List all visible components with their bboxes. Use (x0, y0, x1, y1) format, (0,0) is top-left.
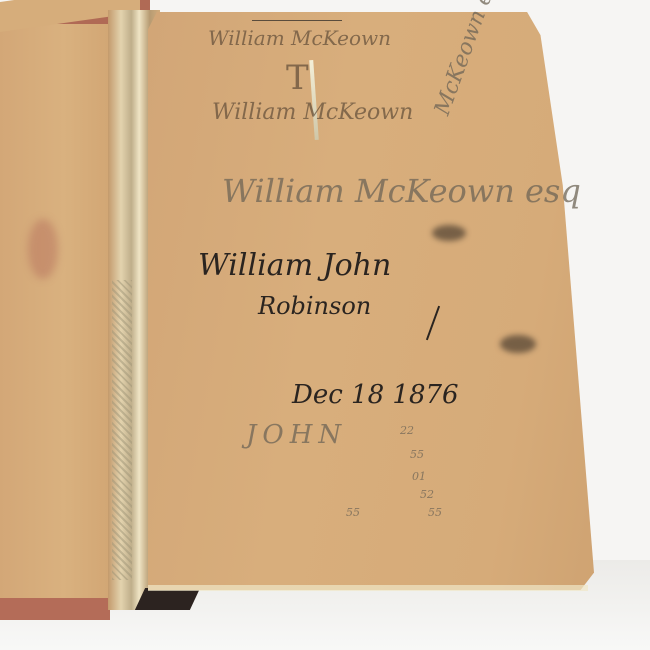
inscription-line-2: William McKeown (212, 100, 413, 125)
ink-smudge (432, 225, 466, 241)
pencil-small-note: 55 (346, 506, 360, 519)
ink-smudge-2 (500, 335, 536, 353)
inscription-line-3-pencil: William McKeown esq (222, 172, 581, 210)
page-edge (148, 585, 588, 591)
inscription-date: Dec 18 1876 (292, 380, 459, 410)
top-rule-line (252, 20, 342, 21)
photo-scene: William McKeown T William McKeown Willia… (0, 0, 650, 650)
stain-mark (28, 219, 58, 279)
cross-mark: T (286, 58, 309, 98)
pencil-name: JOHN (246, 420, 347, 450)
owner-name-line-2: Robinson (258, 292, 371, 320)
pencil-sum-2: 55 (410, 448, 424, 461)
cover-bottom-edge (0, 598, 110, 620)
owner-name-line-1: William John (198, 248, 391, 283)
pencil-sum-3: 01 (412, 470, 426, 483)
spine-binding-threads (112, 280, 132, 580)
pencil-sum-1: 22 (400, 424, 414, 437)
pencil-sum-5: 55 (428, 506, 442, 519)
spine-bottom-shadow (135, 588, 200, 610)
inscription-line-1: William McKeown (208, 26, 391, 50)
pencil-sum-4: 52 (420, 488, 434, 501)
